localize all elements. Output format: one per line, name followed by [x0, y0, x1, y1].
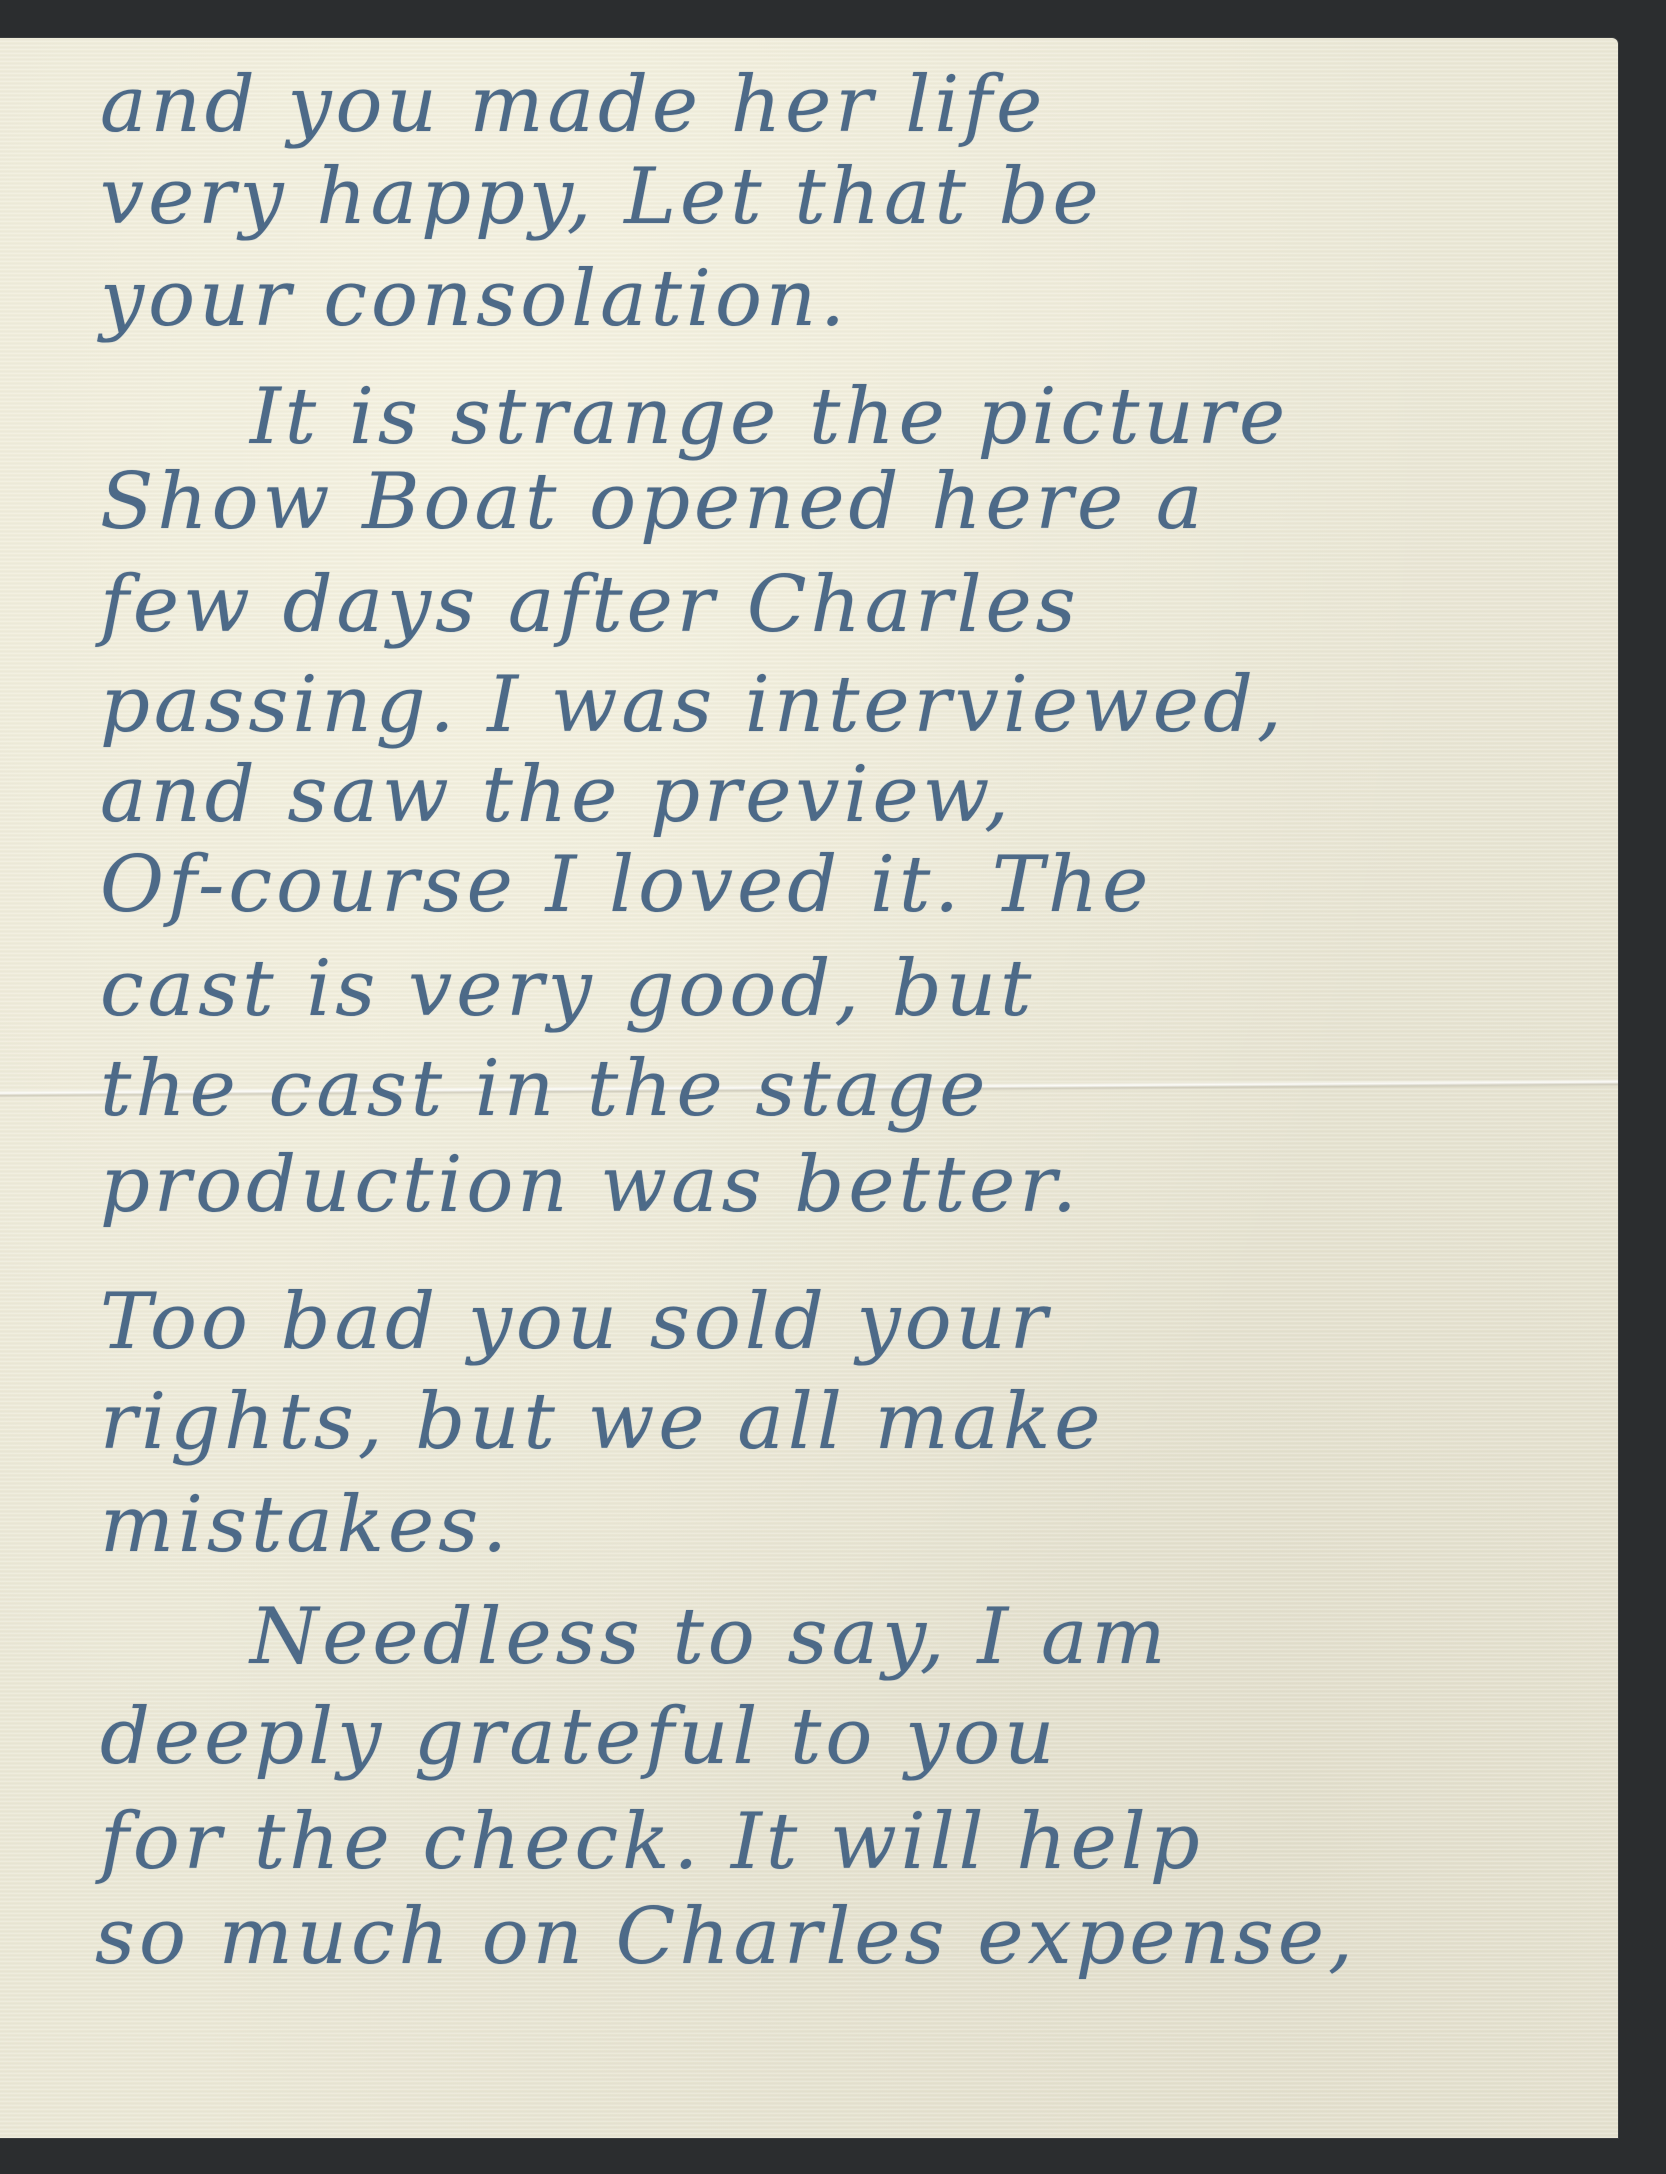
letter-line-3: your consolation. — [100, 260, 849, 338]
letter-line-17: deeply grateful to you — [100, 1698, 1058, 1776]
letter-line-9: Of-course I loved it. The — [100, 846, 1152, 924]
letter-line-15: mistakes. — [100, 1486, 511, 1564]
letter-line-18: for the check. It will help — [100, 1803, 1204, 1881]
letter-line-13: Too bad you sold your — [100, 1283, 1051, 1361]
letter-line-16: Needless to say, I am — [250, 1598, 1169, 1676]
letter-line-11: the cast in the stage — [100, 1050, 989, 1128]
letter-line-14: rights, but we all make — [100, 1383, 1104, 1461]
letter-line-6: few days after Charles — [100, 566, 1080, 644]
scanned-page: and you made her life very happy, Let th… — [0, 0, 1666, 2174]
letter-body: and you made her life very happy, Let th… — [0, 38, 1618, 2138]
letter-line-4: It is strange the picture — [250, 378, 1289, 456]
letter-line-2: very happy, Let that be — [100, 158, 1103, 236]
letter-line-7: passing. I was interviewed, — [100, 666, 1286, 744]
letter-line-10: cast is very good, but — [100, 950, 1035, 1028]
letter-line-19: so much on Charles expense, — [95, 1898, 1357, 1976]
letter-line-1: and you made her life — [100, 66, 1046, 144]
letter-line-5: Show Boat opened here a — [100, 463, 1206, 541]
letter-paper: and you made her life very happy, Let th… — [0, 38, 1618, 2138]
letter-line-12: production was better. — [100, 1146, 1081, 1224]
letter-line-8: and saw the preview, — [100, 756, 1013, 834]
